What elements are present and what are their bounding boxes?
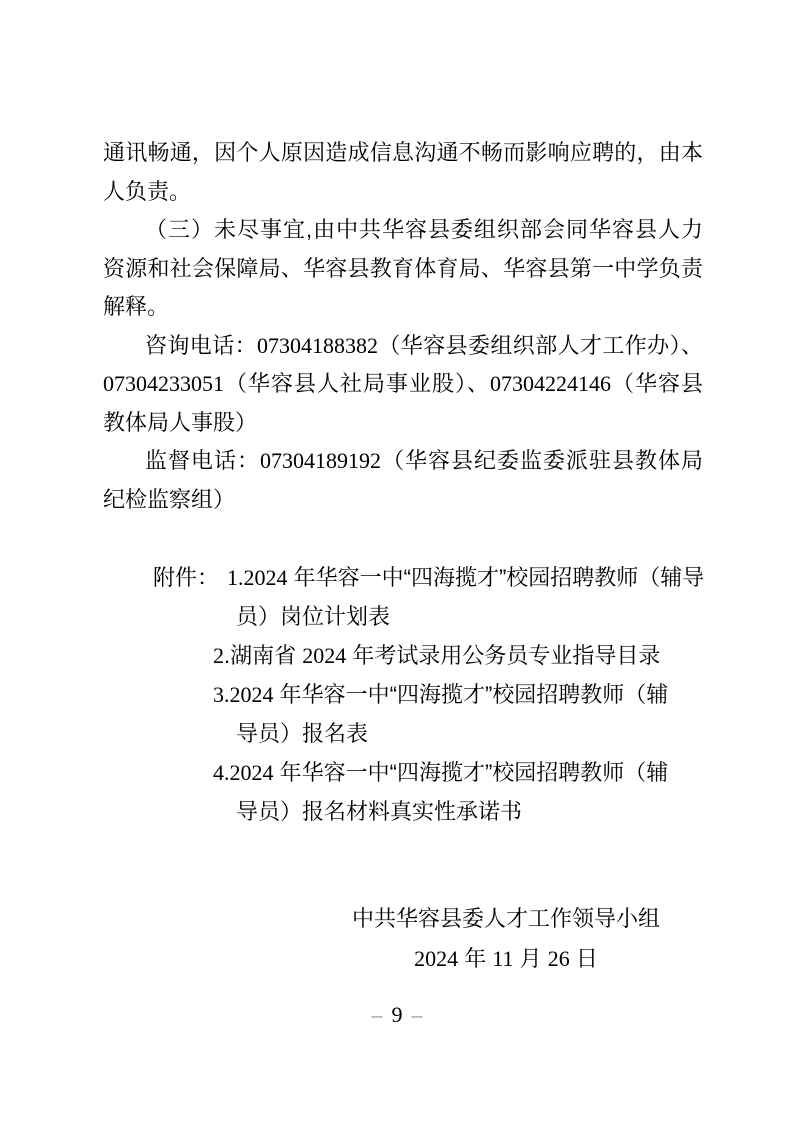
attachment-line: 导员）报名表 [103, 714, 723, 753]
attachment-line: 员）岗位计划表 [103, 597, 723, 636]
body-line: 人负责。 [103, 173, 703, 212]
attachment-list: 附件：1.2024 年华容一中“四海揽才”校园招聘教师（辅导 员）岗位计划表 2… [103, 558, 723, 831]
body-line: 纪检监察组） [103, 481, 703, 520]
attachment-line: 附件：1.2024 年华容一中“四海揽才”校园招聘教师（辅导 [103, 558, 723, 597]
attachment-line: 导员）报名材料真实性承诺书 [103, 792, 723, 831]
body-line: （三）未尽事宜,由中共华容县委组织部会同华容县人力 [103, 211, 703, 250]
document-page: 通讯畅通，因个人原因造成信息沟通不畅而影响应聘的，由本 人负责。 （三）未尽事宜… [0, 0, 794, 1122]
body-line: 资源和社会保障局、华容县教育体育局、华容县第一中学负责 [103, 250, 703, 289]
body-line: 解释。 [103, 288, 703, 327]
attachment-item-text: 1.2024 年华容一中“四海揽才”校园招聘教师（辅导 [227, 565, 704, 590]
signature-date: 2024 年 11 月 26 日 [352, 939, 660, 979]
body-line: 咨询电话：07304188382（华容县委组织部人才工作办）、 [103, 327, 703, 366]
attachment-label: 附件： [153, 565, 219, 590]
body-line: 监督电话：07304189192（华容县纪委监委派驻县教体局 [103, 442, 703, 481]
attachment-line: 3.2024 年华容一中“四海揽才”校园招聘教师（辅 [103, 675, 723, 714]
body-line: 07304233051（华容县人社局事业股）、07304224146（华容县 [103, 365, 703, 404]
footer-dash-right: – [412, 1002, 423, 1027]
signature-block: 中共华容县委人才工作领导小组 2024 年 11 月 26 日 [352, 899, 660, 979]
body-line: 教体局人事股） [103, 404, 703, 443]
body-line: 通讯畅通，因个人原因造成信息沟通不畅而影响应聘的，由本 [103, 134, 703, 173]
footer-dash-left: – [372, 1002, 383, 1027]
body-paragraphs: 通讯畅通，因个人原因造成信息沟通不畅而影响应聘的，由本 人负责。 （三）未尽事宜… [103, 134, 703, 519]
attachment-line: 2.湖南省 2024 年考试录用公务员专业指导目录 [103, 636, 723, 675]
signature-organization: 中共华容县委人才工作领导小组 [352, 899, 660, 939]
footer-page-number: 9 [392, 1002, 403, 1027]
attachment-line: 4.2024 年华容一中“四海揽才”校园招聘教师（辅 [103, 753, 723, 792]
page-footer: –9– [0, 1000, 794, 1030]
